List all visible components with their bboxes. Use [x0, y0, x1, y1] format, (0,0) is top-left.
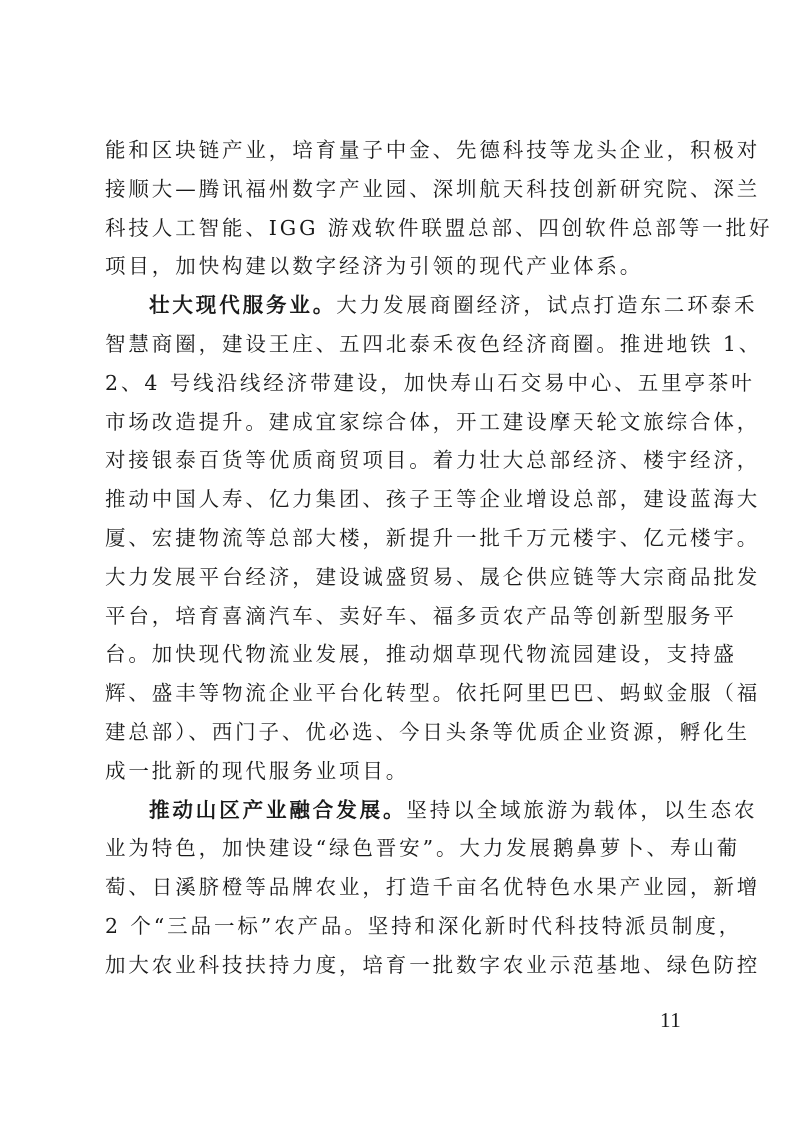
text-line: 科技人工智能、IGG 游戏软件联盟总部、四创软件总部等一批好 — [105, 209, 695, 248]
text-line: 推动中国人寿、亿力集团、孩子王等企业增设总部，建设蓝海大 — [105, 480, 695, 519]
paragraph-mountain-industry: 推动山区产业融合发展。坚持以全域旅游为载体，以生态农 业为特色，加快建设“绿色晋… — [105, 791, 695, 985]
text-run: 坚持以全域旅游为载体，以生态农 — [406, 798, 757, 822]
paragraph-modern-services: 壮大现代服务业。大力发展商圈经济，试点打造东二环泰禾 智慧商圈，建设王庄、五四北… — [105, 286, 695, 790]
text-line: 接顺大—腾讯福州数字产业园、深圳航天科技创新研究院、深兰 — [105, 170, 695, 209]
text-line: 加大农业科技扶持力度，培育一批数字农业示范基地、绿色防控 — [105, 946, 695, 985]
page-number: 11 — [660, 1008, 681, 1033]
text-line: 建总部）、西门子、优必选、今日头条等优质企业资源，孵化生 — [105, 713, 695, 752]
paragraph-heading: 壮大现代服务业。 — [149, 293, 336, 317]
text-line: 对接银泰百货等优质商贸项目。着力壮大总部经济、楼宇经济， — [105, 441, 695, 480]
text-line-first: 壮大现代服务业。大力发展商圈经济，试点打造东二环泰禾 — [105, 286, 695, 325]
text-line: 萄、日溪脐橙等品牌农业，打造千亩名优特色水果产业园，新增 — [105, 868, 695, 907]
text-line: 大力发展平台经济，建设诚盛贸易、晟仑供应链等大宗商品批发 — [105, 558, 695, 597]
body-text: 能和区块链产业，培育量子中金、先德科技等龙头企业，积极对 接顺大—腾讯福州数字产… — [105, 131, 695, 985]
text-line: 2 个“三品一标”农产品。坚持和深化新时代科技特派员制度， — [105, 907, 695, 946]
text-line: 项目，加快构建以数字经济为引领的现代产业体系。 — [105, 247, 695, 286]
text-line: 业为特色，加快建设“绿色晋安”。大力发展鹅鼻萝卜、寿山葡 — [105, 829, 695, 868]
paragraph-digital-economy: 能和区块链产业，培育量子中金、先德科技等龙头企业，积极对 接顺大—腾讯福州数字产… — [105, 131, 695, 286]
text-line: 2、4 号线沿线经济带建设，加快寿山石交易中心、五里亭茶叶 — [105, 364, 695, 403]
text-line-first: 推动山区产业融合发展。坚持以全域旅游为载体，以生态农 — [105, 791, 695, 830]
document-page: 能和区块链产业，培育量子中金、先德科技等龙头企业，积极对 接顺大—腾讯福州数字产… — [0, 0, 800, 1131]
text-line: 能和区块链产业，培育量子中金、先德科技等龙头企业，积极对 — [105, 131, 695, 170]
text-line: 平台，培育喜滴汽车、卖好车、福多贡农产品等创新型服务平 — [105, 597, 695, 636]
text-line: 市场改造提升。建成宜家综合体，开工建设摩天轮文旅综合体， — [105, 403, 695, 442]
paragraph-heading: 推动山区产业融合发展。 — [149, 798, 406, 822]
text-line: 智慧商圈，建设王庄、五四北泰禾夜色经济商圈。推进地铁 1、 — [105, 325, 695, 364]
text-line: 台。加快现代物流业发展，推动烟草现代物流园建设，支持盛 — [105, 635, 695, 674]
text-line: 辉、盛丰等物流企业平台化转型。依托阿里巴巴、蚂蚁金服（福 — [105, 674, 695, 713]
text-line: 成一批新的现代服务业项目。 — [105, 752, 695, 791]
text-line: 厦、宏捷物流等总部大楼，新提升一批千万元楼宇、亿元楼宇。 — [105, 519, 695, 558]
text-run: 大力发展商圈经济，试点打造东二环泰禾 — [336, 293, 757, 317]
